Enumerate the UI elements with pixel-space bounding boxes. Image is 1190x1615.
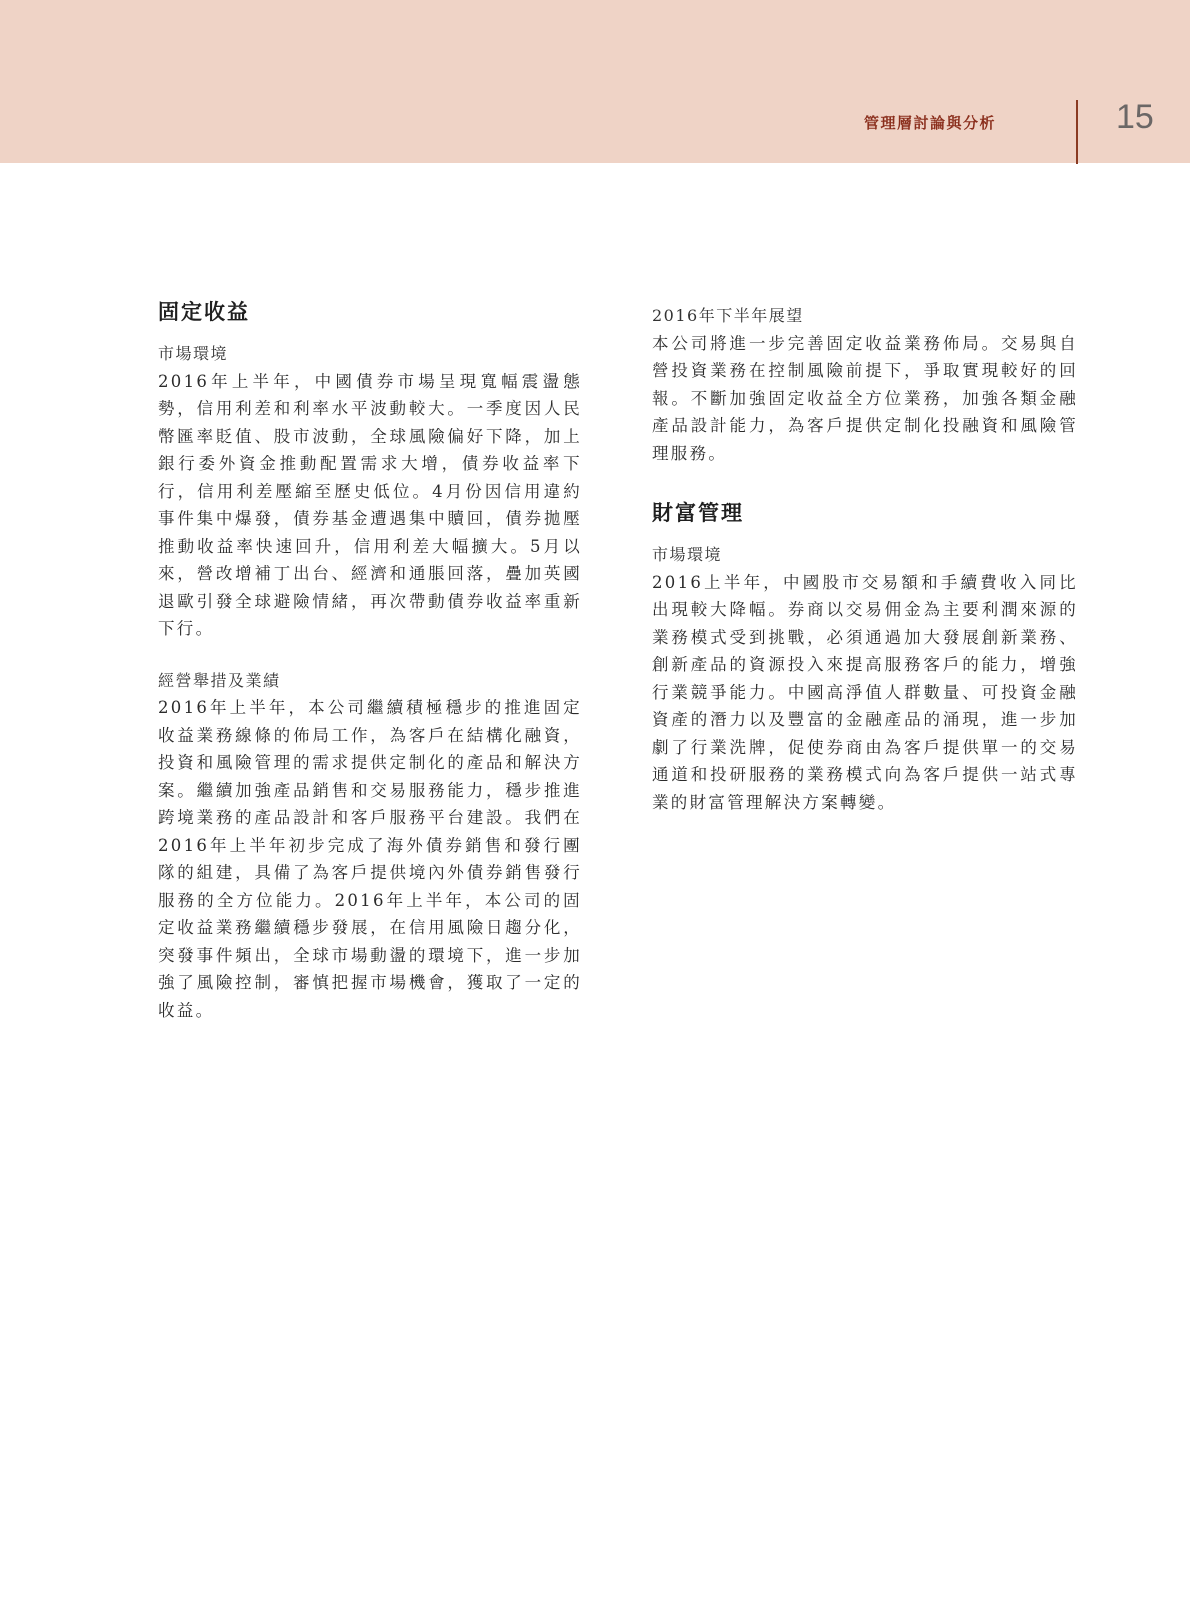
outlook-block: 2016年下半年展望 本公司將進一步完善固定收益業務佈局。交易與自營投資業務在控…: [652, 302, 1078, 467]
left-column: 固定收益 市場環境 2016年上半年，中國債券市場呈現寬幅震盪態勢，信用利差和利…: [158, 296, 582, 1024]
spacer: [652, 467, 1078, 497]
market-environment-block: 市場環境 2016年上半年，中國債券市場呈現寬幅震盪態勢，信用利差和利率水平波動…: [158, 340, 582, 643]
paragraph-wealth-market-environment: 2016上半年，中國股市交易額和手續費收入同比出現較大降幅。券商以交易佣金為主要…: [652, 569, 1078, 817]
section-title-fixed-income: 固定收益: [158, 296, 582, 326]
subtitle-market-environment: 市場環境: [158, 340, 582, 368]
right-column: 2016年下半年展望 本公司將進一步完善固定收益業務佈局。交易與自營投資業務在控…: [652, 302, 1078, 816]
page-number: 15: [1116, 98, 1154, 137]
paragraph-market-environment: 2016年上半年，中國債券市場呈現寬幅震盪態勢，信用利差和利率水平波動較大。一季…: [158, 368, 582, 643]
spacer: [158, 643, 582, 667]
running-title: 管理層討論與分析: [864, 112, 996, 133]
subtitle-wealth-market-environment: 市場環境: [652, 541, 1078, 569]
subtitle-outlook: 2016年下半年展望: [652, 302, 1078, 330]
paragraph-operations: 2016年上半年，本公司繼續積極穩步的推進固定收益業務線條的佈局工作，為客戶在結…: [158, 694, 582, 1024]
header-band: 管理層討論與分析 15: [0, 0, 1190, 163]
header-divider: [1076, 100, 1078, 164]
paragraph-outlook: 本公司將進一步完善固定收益業務佈局。交易與自營投資業務在控制風險前提下，爭取實現…: [652, 330, 1078, 468]
subtitle-operations: 經營舉措及業績: [158, 667, 582, 695]
wealth-market-environment-block: 市場環境 2016上半年，中國股市交易額和手續費收入同比出現較大降幅。券商以交易…: [652, 541, 1078, 816]
section-title-wealth-management: 財富管理: [652, 497, 1078, 527]
operations-block: 經營舉措及業績 2016年上半年，本公司繼續積極穩步的推進固定收益業務線條的佈局…: [158, 667, 582, 1025]
